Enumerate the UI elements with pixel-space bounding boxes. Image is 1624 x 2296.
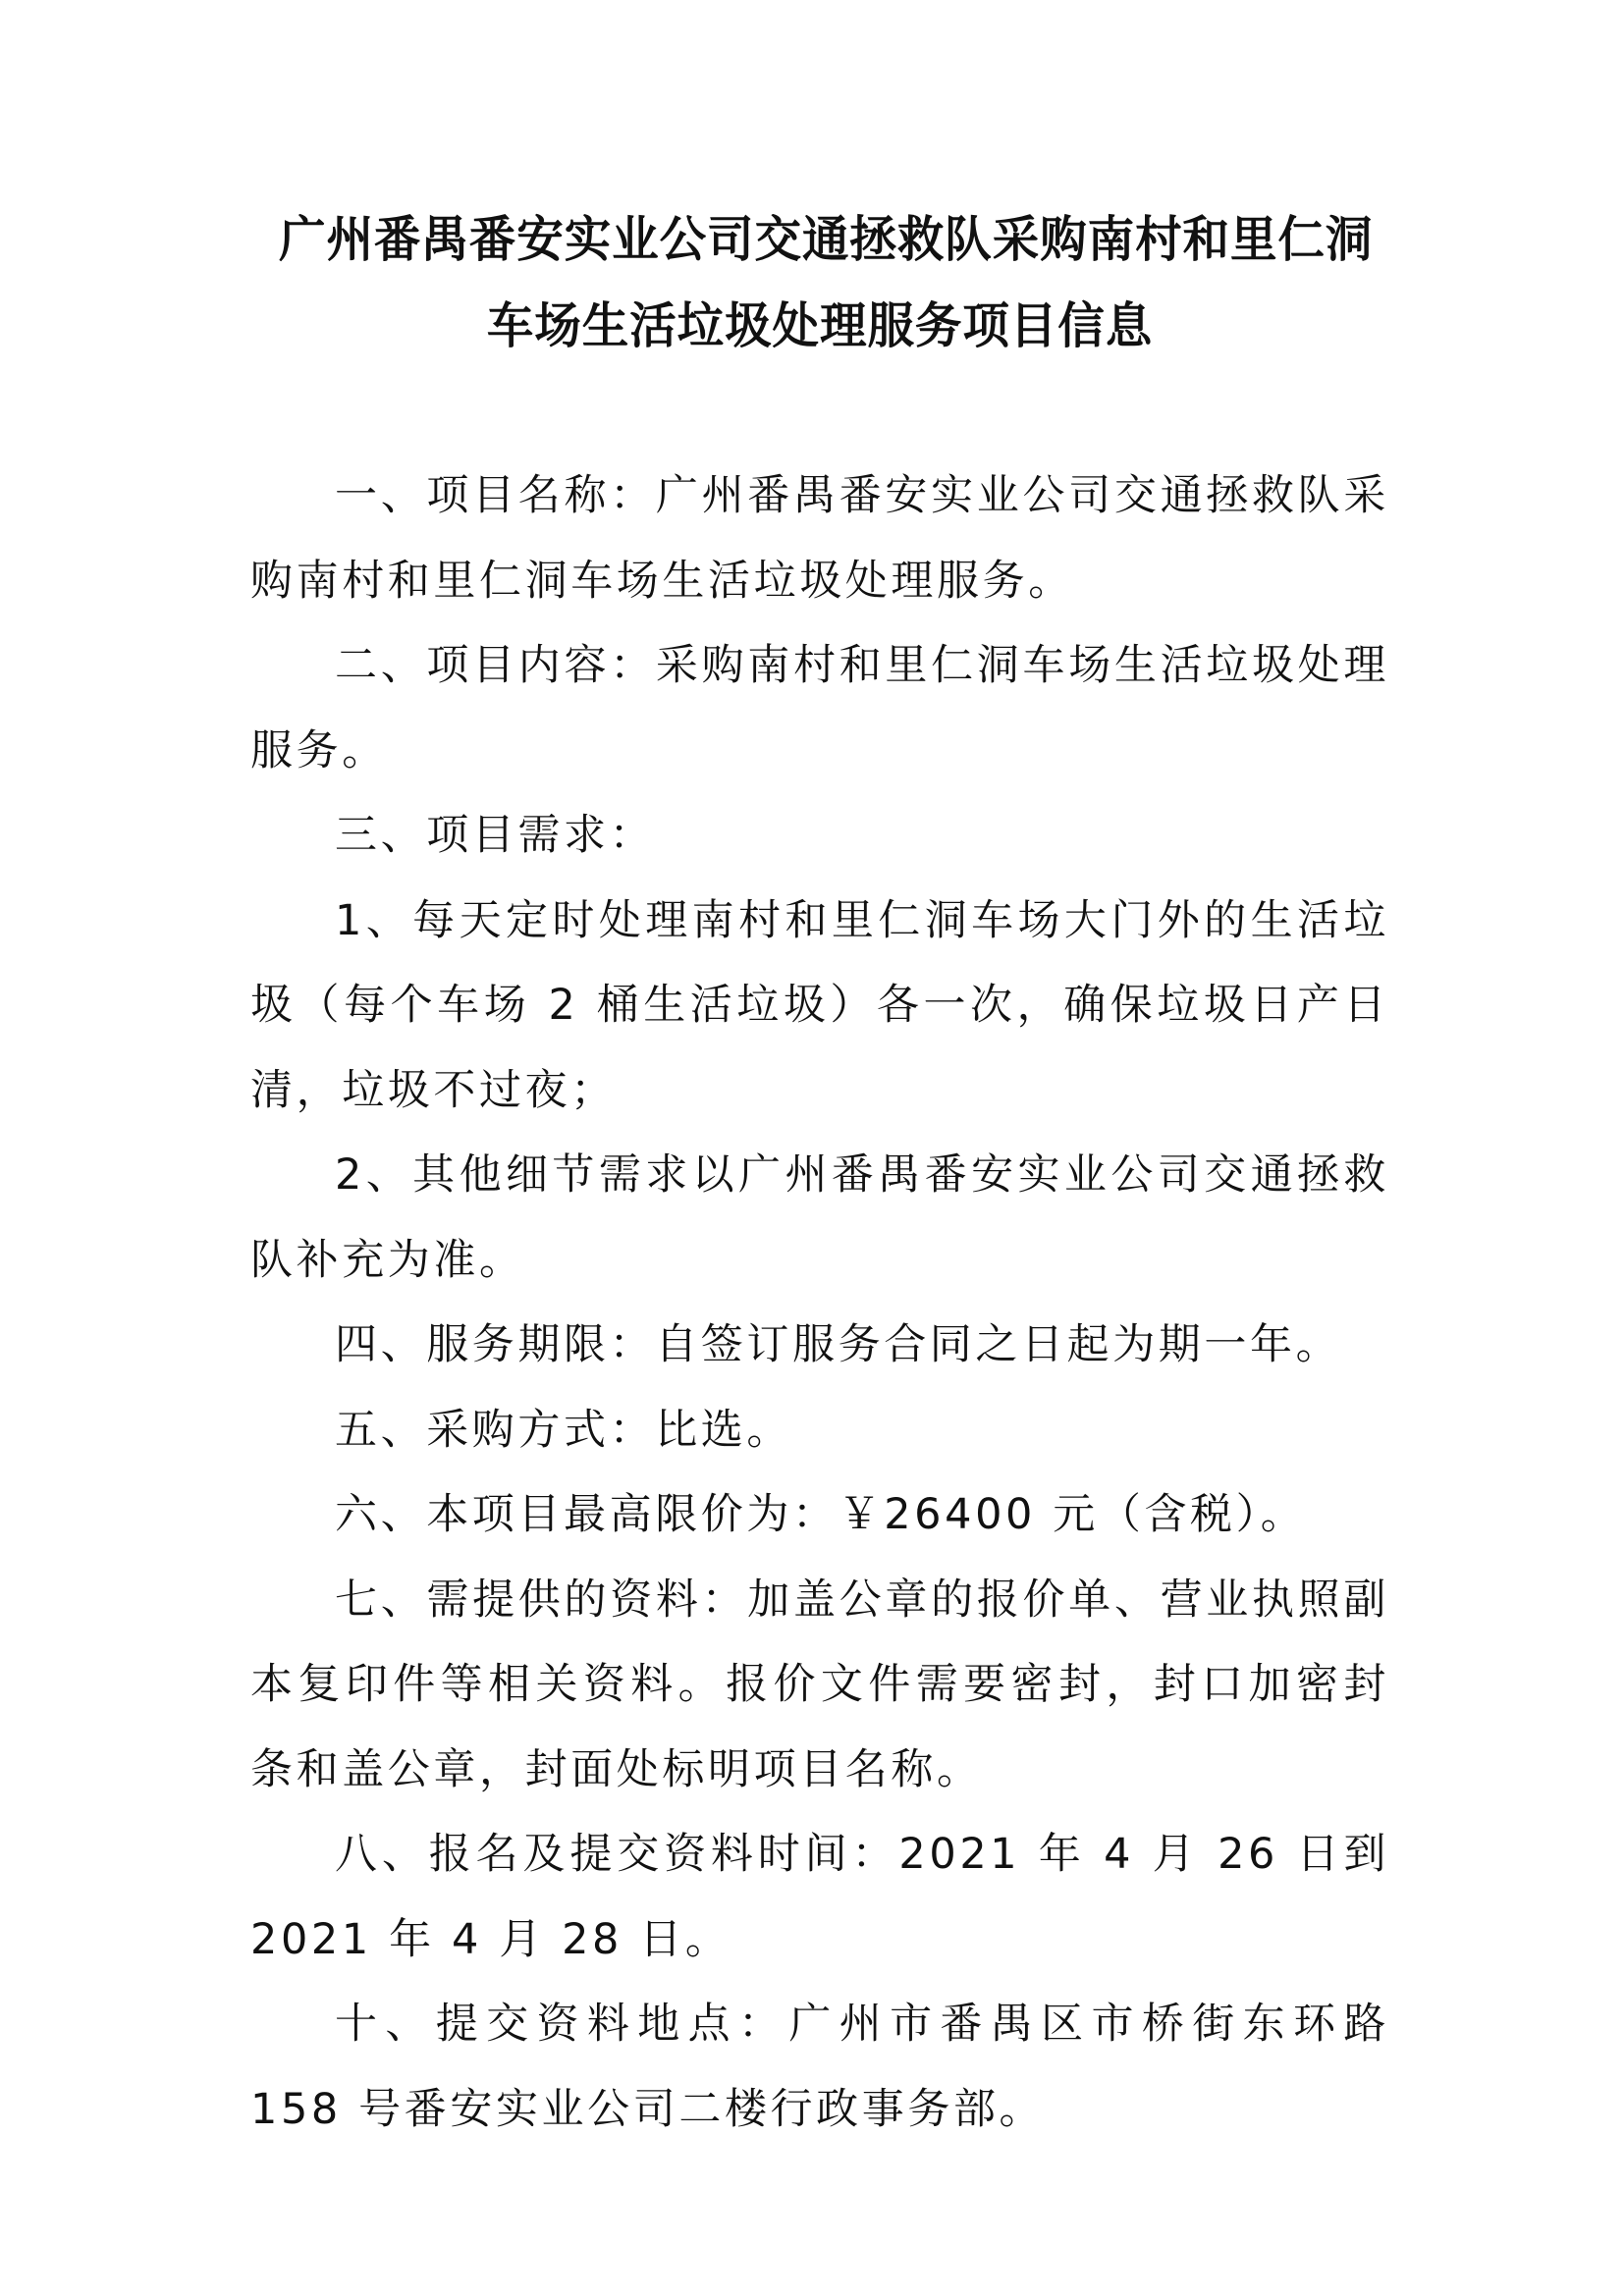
section-procurement-method: 五、采购方式：比选。 bbox=[250, 1388, 1389, 1473]
document-title: 广州番禺番安实业公司交通拯救队采购南村和里仁洞 车场生活垃圾处理服务项目信息 bbox=[279, 196, 1361, 369]
title-line-2: 车场生活垃圾处理服务项目信息 bbox=[279, 283, 1361, 369]
requirement-item-2: 2、其他细节需求以广州番禺番安实业公司交通拯救队补充为准。 bbox=[250, 1133, 1389, 1303]
document-page: 广州番禺番安实业公司交通拯救队采购南村和里仁洞 车场生活垃圾处理服务项目信息 一… bbox=[250, 196, 1389, 2152]
section-submission-time: 八、报名及提交资料时间：2021 年 4 月 26 日到 2021 年 4 月 … bbox=[250, 1812, 1389, 1982]
title-line-1: 广州番禺番安实业公司交通拯救队采购南村和里仁洞 bbox=[279, 196, 1361, 283]
section-project-name: 一、项目名称：广州番禺番安实业公司交通拯救队采购南村和里仁洞车场生活垃圾处理服务… bbox=[250, 454, 1389, 623]
section-submission-location: 十、提交资料地点：广州市番禺区市桥街东环路 158 号番安实业公司二楼行政事务部… bbox=[250, 1982, 1389, 2152]
section-project-requirements: 三、项目需求： bbox=[250, 793, 1389, 879]
section-max-price: 六、本项目最高限价为：￥26400 元（含税）。 bbox=[250, 1472, 1389, 1558]
section-service-period: 四、服务期限：自签订服务合同之日起为期一年。 bbox=[250, 1303, 1389, 1388]
document-body: 一、项目名称：广州番禺番安实业公司交通拯救队采购南村和里仁洞车场生活垃圾处理服务… bbox=[250, 454, 1389, 2152]
section-required-materials: 七、需提供的资料：加盖公章的报价单、营业执照副本复印件等相关资料。报价文件需要密… bbox=[250, 1558, 1389, 1813]
requirement-item-1: 1、每天定时处理南村和里仁洞车场大门外的生活垃圾（每个车场 2 桶生活垃圾）各一… bbox=[250, 879, 1389, 1134]
section-project-content: 二、项目内容：采购南村和里仁洞车场生活垃圾处理服务。 bbox=[250, 623, 1389, 793]
